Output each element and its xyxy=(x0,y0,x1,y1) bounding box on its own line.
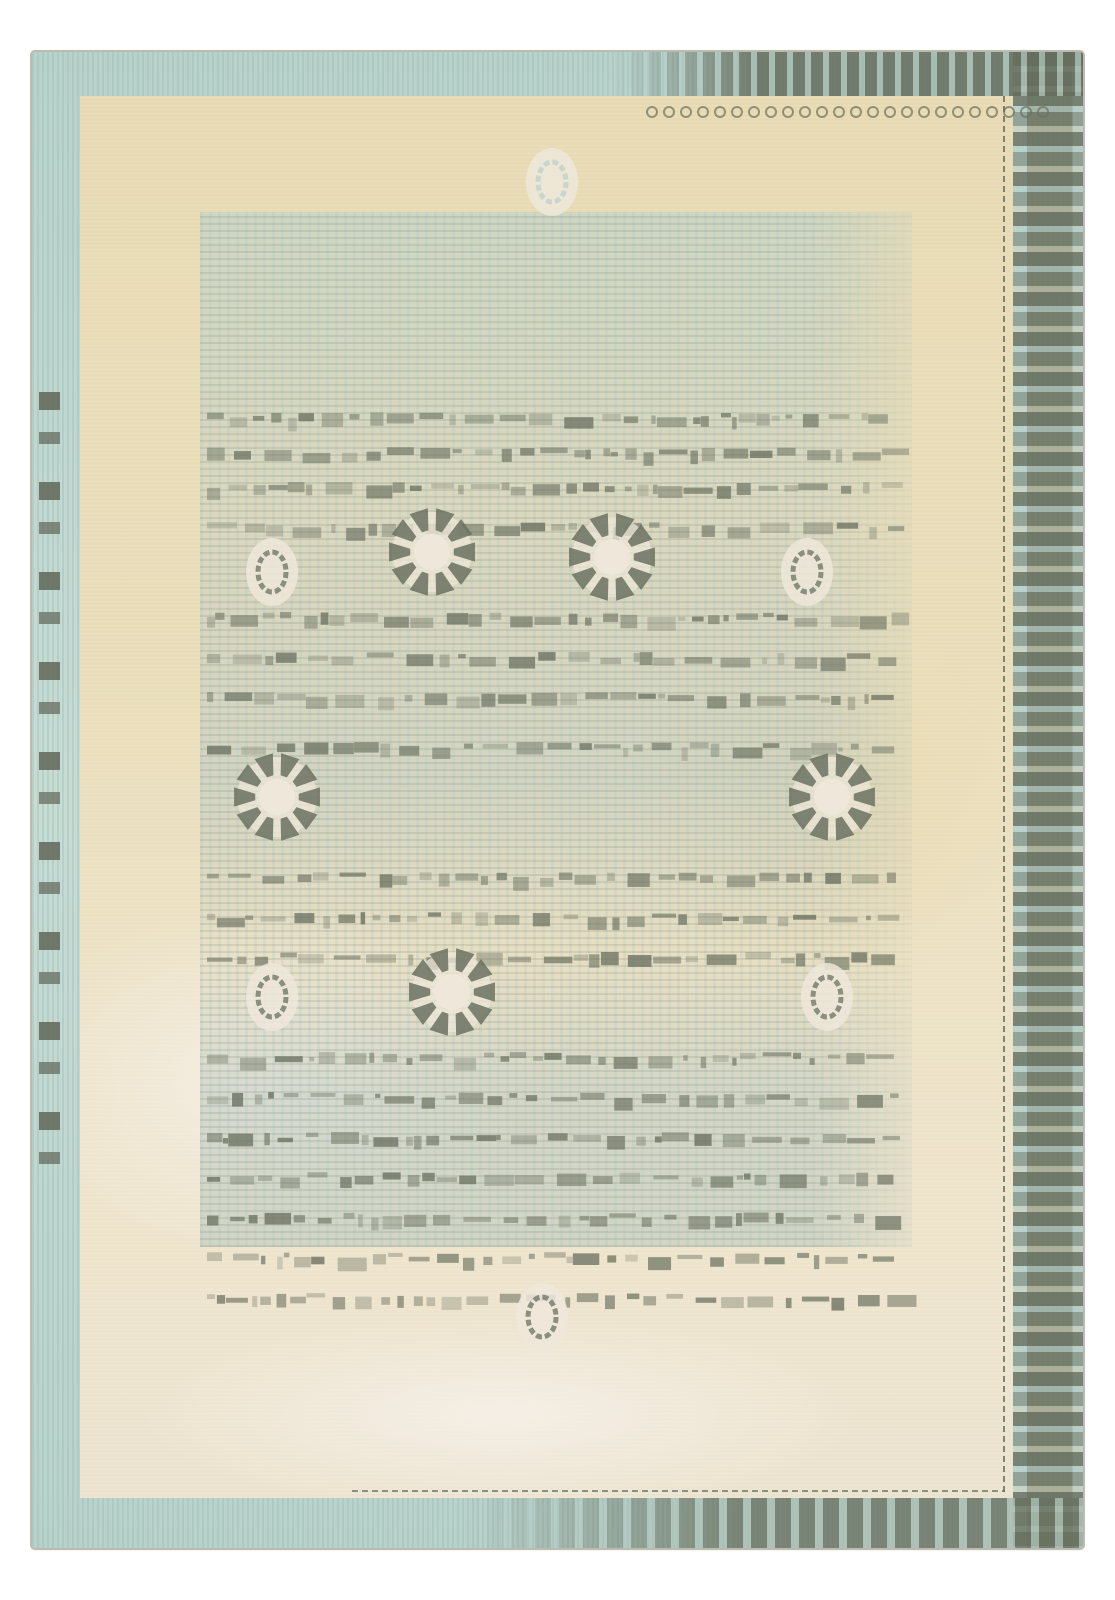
rug xyxy=(32,52,1083,1548)
rug-motifs xyxy=(32,52,1083,1548)
